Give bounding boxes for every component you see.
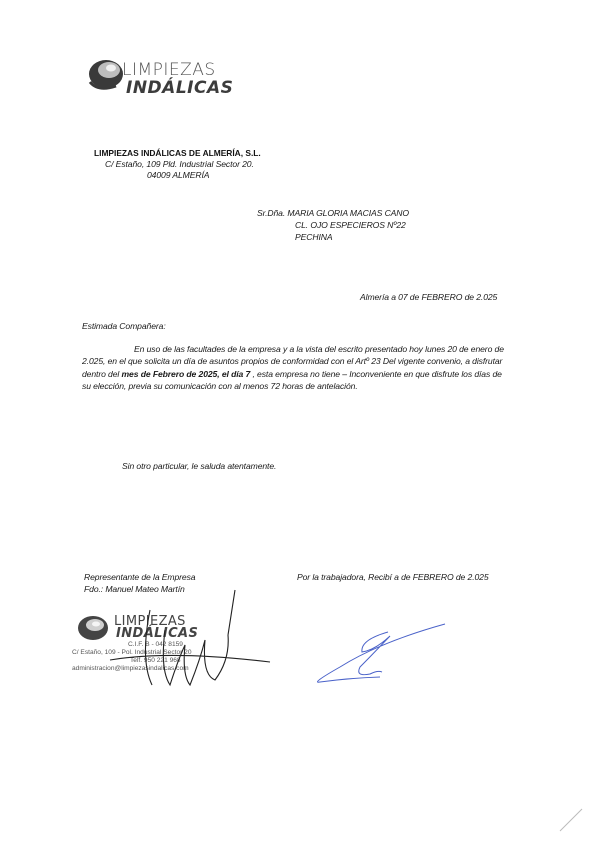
- logo-text-limpiezas: LIMPIEZAS: [122, 60, 216, 80]
- greeting: Estimada Compañera:: [82, 321, 166, 331]
- letter-body: En uso de las facultades de la empresa y…: [82, 343, 512, 393]
- logo-text-indalicas: INDÁLICAS: [126, 78, 233, 98]
- worker-signature: [300, 612, 460, 692]
- company-signature: [90, 590, 290, 700]
- recipient-block: Sr.Dña. MARIA GLORIA MACIAS CANO CL. OJO…: [257, 207, 409, 244]
- scan-mark: [550, 805, 590, 835]
- company-role: Representante de la Empresa: [84, 572, 195, 584]
- company-name: LIMPIEZAS INDÁLICAS DE ALMERÍA, S.L.: [94, 148, 261, 158]
- company-address: C/ Estaño, 109 Pld. Industrial Sector 20…: [105, 159, 285, 169]
- recipient-street: CL. OJO ESPECIEROS Nº22: [257, 219, 409, 231]
- letter-date: Almería a 07 de FEBRERO de 2.025: [360, 292, 497, 302]
- company-logo: LIMPIEZAS INDÁLICAS: [86, 52, 246, 104]
- worker-receipt-line: Por la trabajadora, Recibí a de FEBRERO …: [297, 572, 489, 582]
- logo-swirl-icon: [86, 56, 126, 96]
- closing-line: Sin otro particular, le saluda atentamen…: [122, 461, 276, 471]
- body-bold-date: mes de Febrero de 2025, el día 7: [122, 369, 253, 379]
- recipient-town: PECHINA: [257, 231, 409, 243]
- recipient-name: Sr.Dña. MARIA GLORIA MACIAS CANO: [257, 207, 409, 219]
- company-city: 04009 ALMERÍA: [147, 170, 209, 180]
